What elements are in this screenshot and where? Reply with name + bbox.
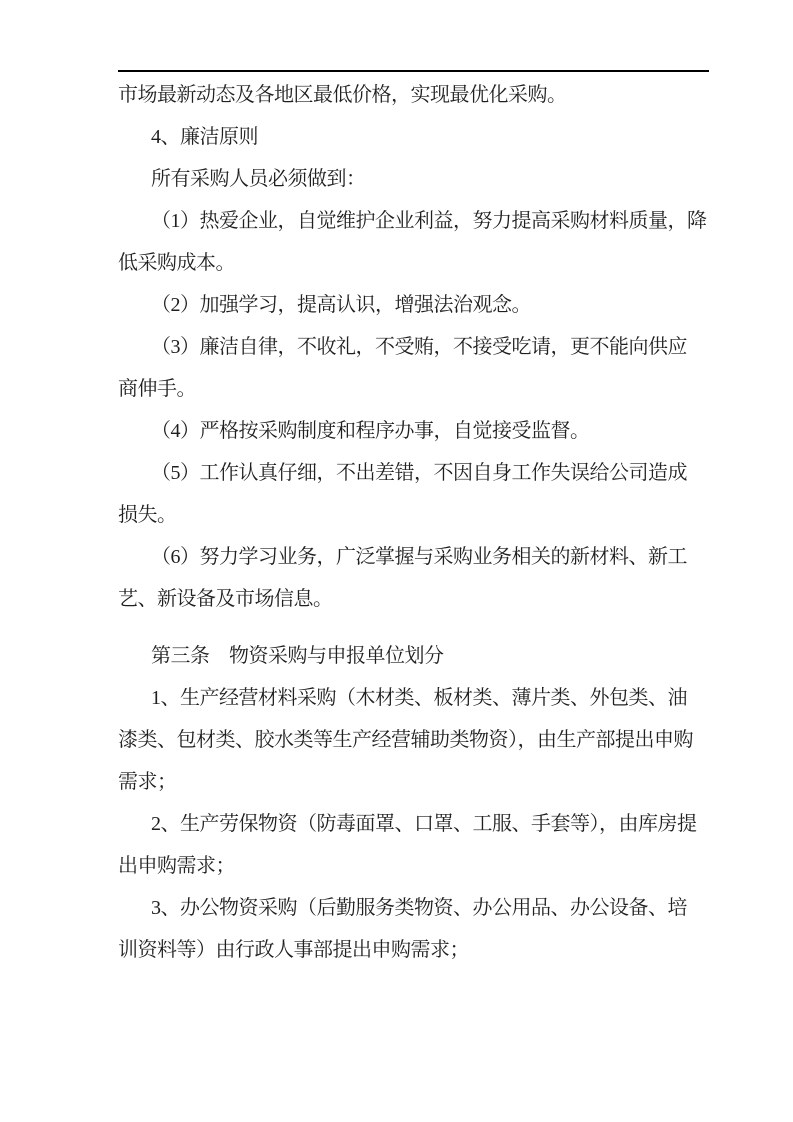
- document-body: 市场最新动态及各地区最低价格，实现最优化采购。 4、廉洁原则 所有采购人员必须做…: [118, 74, 700, 971]
- doc-line: （1）热爱企业，自觉维护企业利益，努力提高采购材料质量，降: [118, 200, 700, 242]
- doc-line: 商伸手。: [118, 368, 700, 410]
- header-rule: [118, 70, 709, 72]
- doc-line: （3）廉洁自律，不收礼，不受贿，不接受吃请，更不能向供应: [118, 326, 700, 368]
- doc-line: 损失。: [118, 494, 700, 536]
- doc-line: （4）严格按采购制度和程序办事，自觉接受监督。: [118, 410, 700, 452]
- doc-line: （6）努力学习业务，广泛掌握与采购业务相关的新材料、新工: [118, 536, 700, 578]
- document-page: 市场最新动态及各地区最低价格，实现最优化采购。 4、廉洁原则 所有采购人员必须做…: [0, 0, 793, 1122]
- doc-line: 市场最新动态及各地区最低价格，实现最优化采购。: [118, 74, 700, 116]
- doc-line: 1、生产经营材料采购（木材类、板材类、薄片类、外包类、油: [118, 677, 700, 719]
- doc-line: 3、办公物资采购（后勤服务类物资、办公用品、办公设备、培: [118, 887, 700, 929]
- doc-line: 低采购成本。: [118, 242, 700, 284]
- doc-line: （2）加强学习，提高认识，增强法治观念。: [118, 284, 700, 326]
- section-heading: 第三条 物资采购与申报单位划分: [118, 635, 700, 677]
- doc-line: 需求；: [118, 761, 700, 803]
- doc-line: （5）工作认真仔细，不出差错，不因自身工作失误给公司造成: [118, 452, 700, 494]
- doc-line: 艺、新设备及市场信息。: [118, 578, 700, 620]
- doc-line: 2、生产劳保物资（防毒面罩、口罩、工服、手套等），由库房提: [118, 803, 700, 845]
- doc-line: 训资料等）由行政人事部提出申购需求；: [118, 929, 700, 971]
- doc-line: 漆类、包材类、胶水类等生产经营辅助类物资），由生产部提出申购: [118, 719, 700, 761]
- doc-line: 所有采购人员必须做到：: [118, 158, 700, 200]
- doc-line: 4、廉洁原则: [118, 116, 700, 158]
- doc-line: 出申购需求；: [118, 845, 700, 887]
